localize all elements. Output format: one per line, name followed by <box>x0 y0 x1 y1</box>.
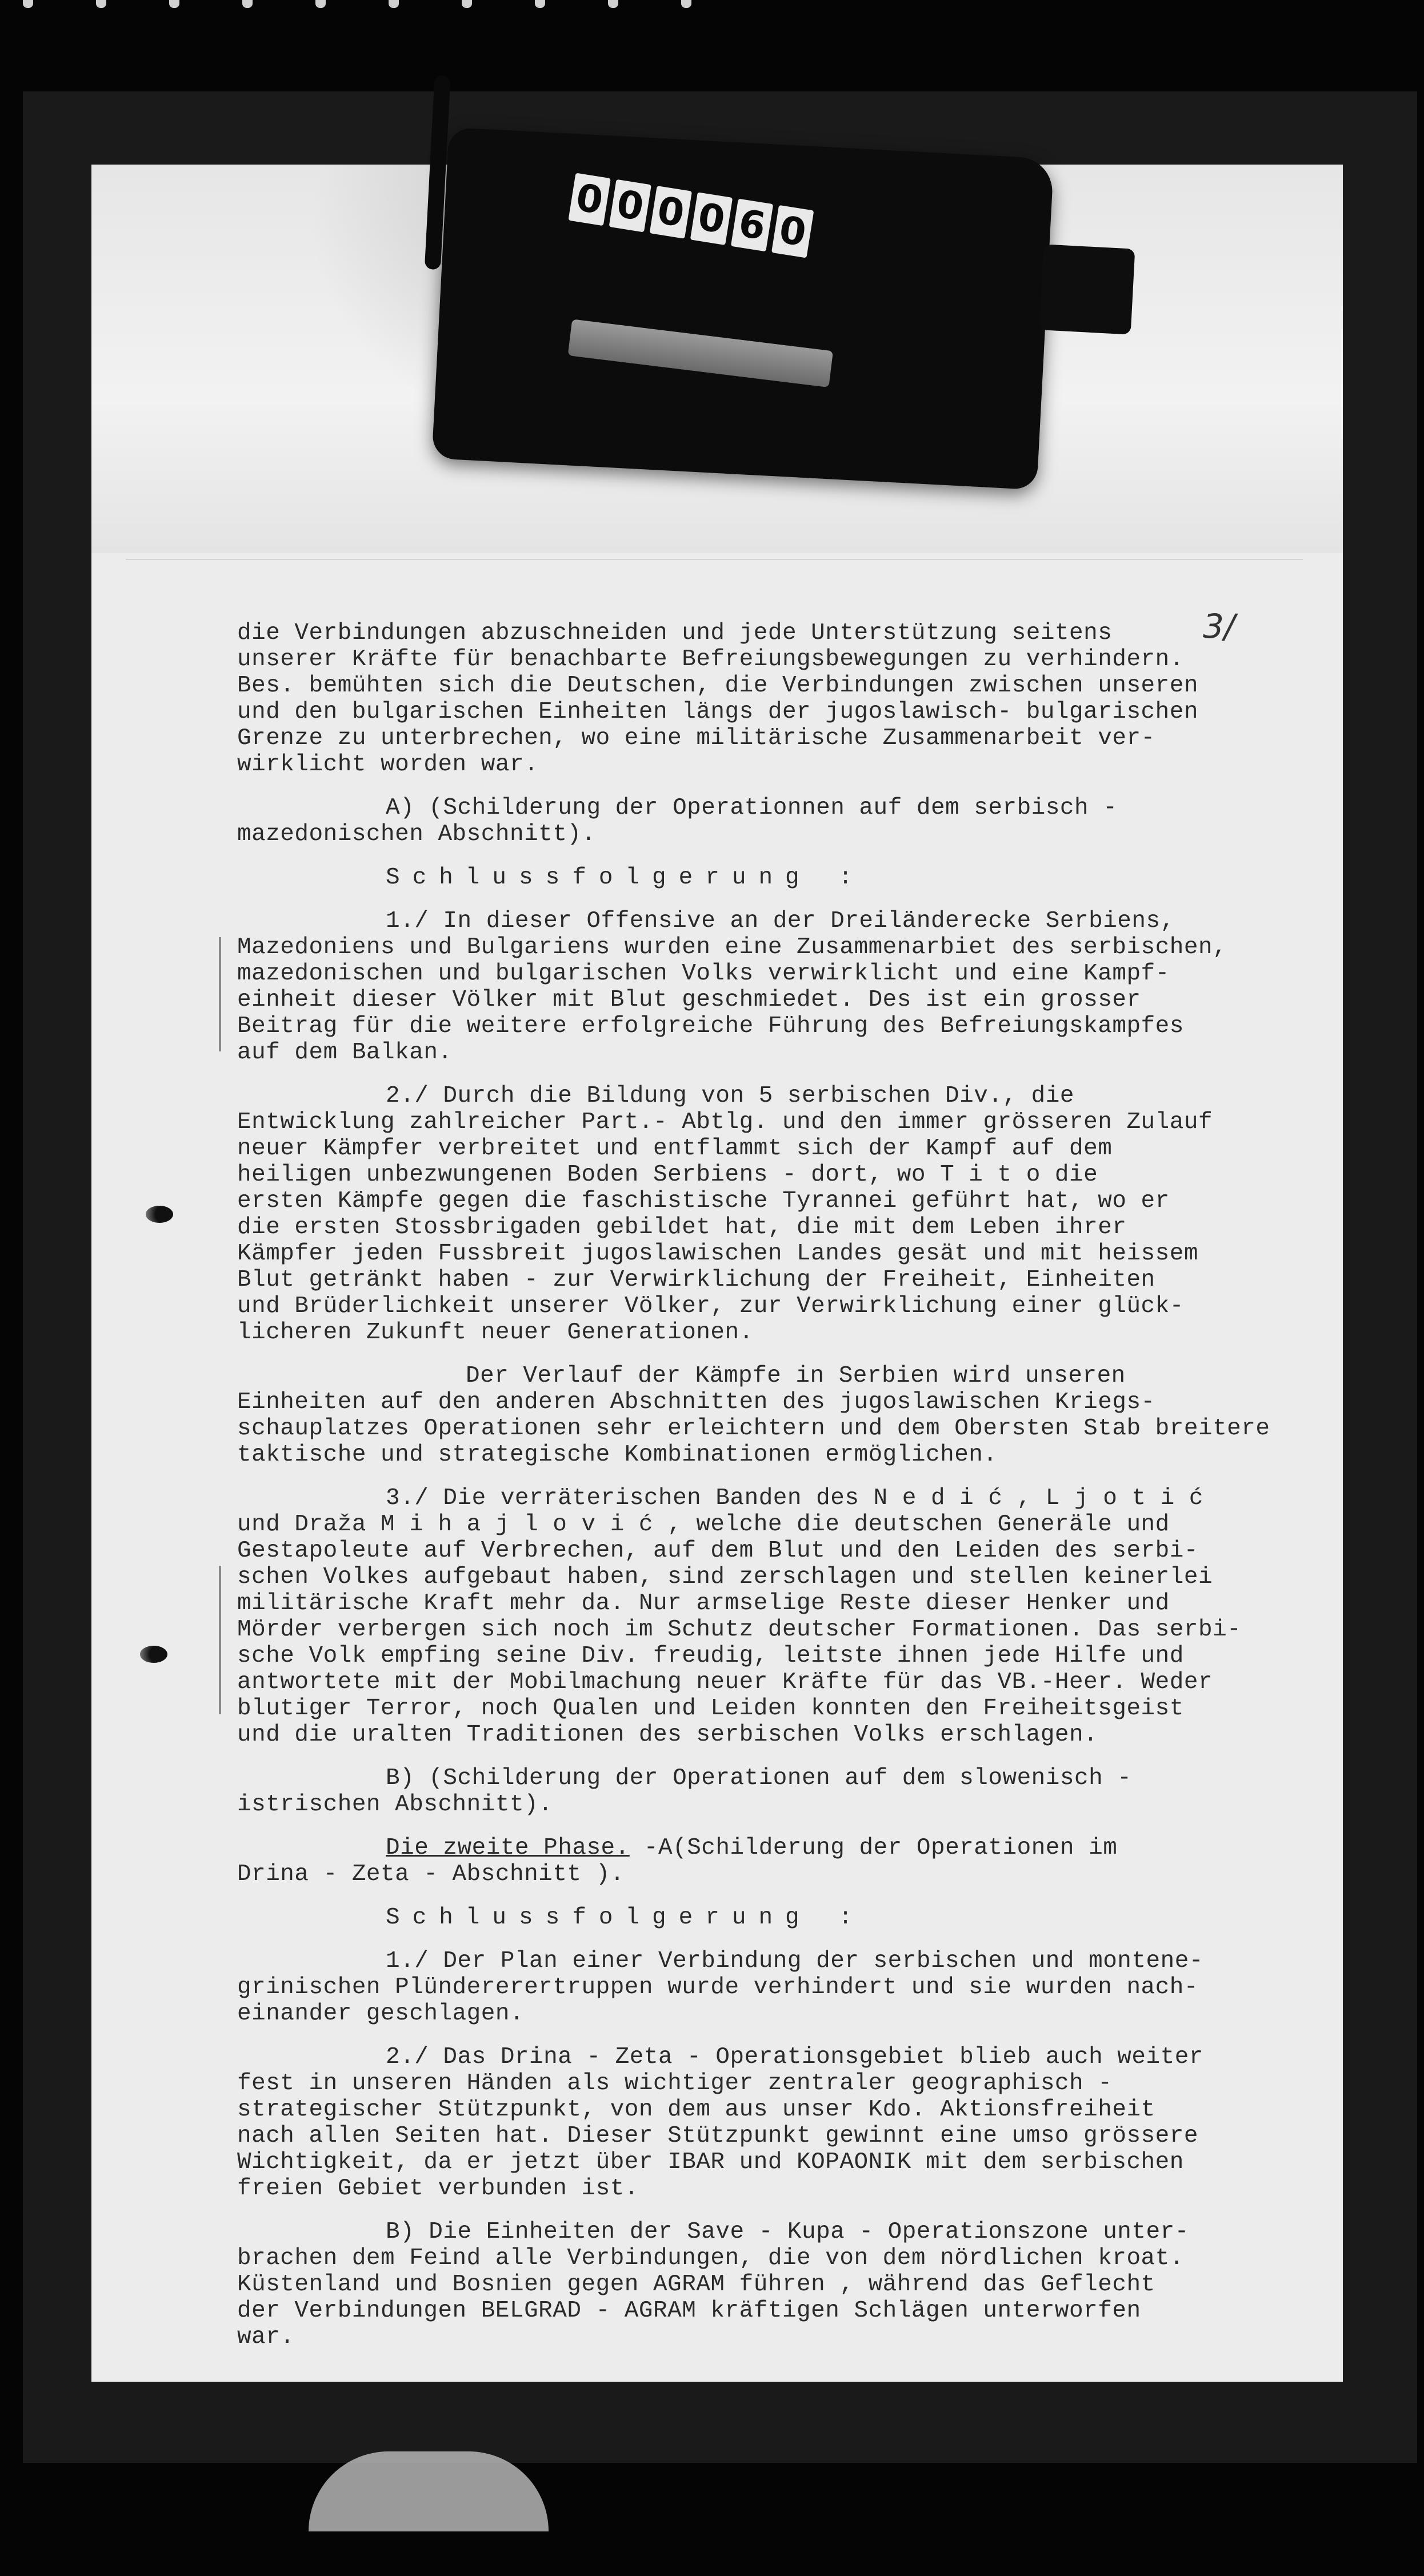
paragraph-gap <box>237 1346 1323 1363</box>
text-line: der Verbindungen BELGRAD - AGRAM kräftig… <box>237 2298 1323 2324</box>
text-line: einheit dieser Völker mit Blut geschmied… <box>237 987 1323 1013</box>
text-line: Küstenland und Bosnien gegen AGRAM führe… <box>237 2271 1323 2298</box>
text-line: und Draža M i h a j l o v i ć , welche d… <box>237 1511 1323 1538</box>
text-line: licheren Zukunft neuer Generationen. <box>237 1319 1323 1346</box>
text-line: Wichtigkeit, da er jetzt über IBAR und K… <box>237 2149 1323 2175</box>
section-heading: Schlussfolgerung : <box>237 865 1323 891</box>
text-line: mazedonischen und bulgarischen Volks ver… <box>237 961 1323 987</box>
text-line: freien Gebiet verbunden ist. <box>237 2175 1323 2202</box>
text-line: einander geschlagen. <box>237 2001 1323 2027</box>
paragraph-gap <box>237 1066 1323 1083</box>
film-sprocket-marks <box>0 0 937 11</box>
text-line: grinischen Plündererertruppen wurde verh… <box>237 1974 1323 2001</box>
text-line: die Verbindungen abzuschneiden und jede … <box>237 620 1323 646</box>
text-line: taktische und strategische Kombinationen… <box>237 1442 1323 1468</box>
text-line: Grenze zu unterbrechen, wo eine militäri… <box>237 725 1323 751</box>
punch-hole-mark <box>140 1646 167 1663</box>
paragraph-gap <box>237 2027 1323 2044</box>
text-line: 2./ Durch die Bildung von 5 serbischen D… <box>237 1083 1323 1109</box>
text-line: blutiger Terror, noch Qualen und Leiden … <box>237 1695 1323 1722</box>
text-line: militärische Kraft mehr da. Nur armselig… <box>237 1590 1323 1617</box>
punch-hole-mark <box>146 1206 173 1223</box>
counter-digit: 0 <box>771 205 814 258</box>
text-line: Mazedoniens und Bulgariens wurden eine Z… <box>237 934 1323 961</box>
text-line: schauplatzes Operationen sehr erleichter… <box>237 1415 1323 1442</box>
text-line: Die zweite Phase. -A(Schilderung der Ope… <box>237 1835 1323 1861</box>
film-mark <box>169 0 179 8</box>
text-line: nach allen Seiten hat. Dieser Stützpunkt… <box>237 2123 1323 2149</box>
text-line: Entwicklung zahlreicher Part.- Abtlg. un… <box>237 1109 1323 1135</box>
paragraph-gap <box>237 1468 1323 1485</box>
text-line: Kämpfer jeden Fussbreit jugoslawischen L… <box>237 1241 1323 1267</box>
text-line: sche Volk empfing seine Div. freudig, le… <box>237 1643 1323 1669</box>
section-heading: Schlussfolgerung : <box>237 1905 1323 1931</box>
text-line: schen Volkes aufgebaut haben, sind zersc… <box>237 1564 1323 1590</box>
text-line: Mörder verbergen sich noch im Schutz deu… <box>237 1617 1323 1643</box>
film-artifact <box>309 2451 549 2531</box>
phase-title: Die zweite Phase. <box>386 1835 630 1861</box>
paragraph-gap <box>237 1931 1323 1948</box>
counter-digit: 0 <box>650 186 692 239</box>
text-line: istrischen Abschnitt). <box>237 1791 1323 1818</box>
counter-knob <box>1039 244 1135 334</box>
text-line: 1./ In dieser Offensive an der Dreilände… <box>237 908 1323 934</box>
text-line: ersten Kämpfe gegen die faschistische Ty… <box>237 1188 1323 1214</box>
text-line: mazedonischen Abschnitt). <box>237 821 1323 847</box>
margin-line-mark <box>219 937 221 1051</box>
text-line: 1./ Der Plan einer Verbindung der serbis… <box>237 1948 1323 1974</box>
text-line: auf dem Balkan. <box>237 1039 1323 1066</box>
text-line: wirklicht worden war. <box>237 751 1323 778</box>
counter-digits: 0 0 0 0 6 0 <box>568 173 814 258</box>
paragraph-gap <box>237 778 1323 795</box>
text-line: 3./ Die verräterischen Banden des N e d … <box>237 1485 1323 1511</box>
text-line: unserer Kräfte für benachbarte Befreiung… <box>237 646 1323 673</box>
text-line: heiligen unbezwungenen Boden Serbiens - … <box>237 1162 1323 1188</box>
text-line: Der Verlauf der Kämpfe in Serbien wird u… <box>237 1363 1323 1389</box>
counter-digit: 0 <box>568 173 610 226</box>
film-mark <box>535 0 545 8</box>
film-mark <box>242 0 253 8</box>
text-line: strategischer Stützpunkt, von dem aus un… <box>237 2097 1323 2123</box>
film-mark <box>315 0 326 8</box>
paragraph-gap <box>237 1887 1323 1905</box>
paragraph-gap <box>237 847 1323 865</box>
text-line: brachen dem Feind alle Verbindungen, die… <box>237 2245 1323 2271</box>
phase-suffix: -A(Schilderung der Operationen im <box>630 1835 1118 1861</box>
text-line: und die uralten Traditionen des serbisch… <box>237 1722 1323 1748</box>
text-line: B) Die Einheiten der Save - Kupa - Opera… <box>237 2219 1323 2245</box>
text-line: Beitrag für die weitere erfolgreiche Füh… <box>237 1013 1323 1039</box>
counter-nameplate <box>568 319 833 387</box>
text-line: A) (Schilderung der Operationnen auf dem… <box>237 795 1323 821</box>
text-line: Drina - Zeta - Abschnitt ). <box>237 1861 1323 1887</box>
text-line: 2./ Das Drina - Zeta - Operationsgebiet … <box>237 2044 1323 2070</box>
text-line: Einheiten auf den anderen Abschnitten de… <box>237 1389 1323 1415</box>
paragraph-gap <box>237 1818 1323 1835</box>
text-line: Gestapoleute auf Verbrechen, auf dem Blu… <box>237 1538 1323 1564</box>
counter-digit: 0 <box>690 192 733 245</box>
typewritten-body: die Verbindungen abzuschneiden und jede … <box>237 620 1323 2350</box>
text-line: Bes. bemühten sich die Deutschen, die Ve… <box>237 673 1323 699</box>
text-line: und Brüderlichkeit unserer Völker, zur V… <box>237 1293 1323 1319</box>
film-mark <box>389 0 399 8</box>
paragraph-gap <box>237 891 1323 908</box>
text-line: B) (Schilderung der Operationen auf dem … <box>237 1765 1323 1791</box>
film-mark <box>608 0 618 8</box>
text-line: war. <box>237 2324 1323 2350</box>
text-line: fest in unseren Händen als wichtiger zen… <box>237 2070 1323 2097</box>
film-mark <box>23 0 33 8</box>
text-line: und den bulgarischen Einheiten längs der… <box>237 699 1323 725</box>
text-line: die ersten Stossbrigaden gebildet hat, d… <box>237 1214 1323 1241</box>
frame-counter-device: 0 0 0 0 6 0 <box>432 127 1054 490</box>
margin-line-mark <box>219 1566 221 1714</box>
text-line: Blut getränkt haben - zur Verwirklichung… <box>237 1267 1323 1293</box>
film-mark <box>462 0 472 8</box>
text-line: neuer Kämpfer verbreitet und entflammt s… <box>237 1135 1323 1162</box>
counter-digit: 6 <box>731 199 773 252</box>
paragraph-gap <box>237 1748 1323 1765</box>
text-line: antwortete mit der Mobilmachung neuer Kr… <box>237 1669 1323 1695</box>
film-mark <box>681 0 691 8</box>
paragraph-gap <box>237 2202 1323 2219</box>
film-mark <box>96 0 106 8</box>
counter-digit: 0 <box>609 179 651 233</box>
